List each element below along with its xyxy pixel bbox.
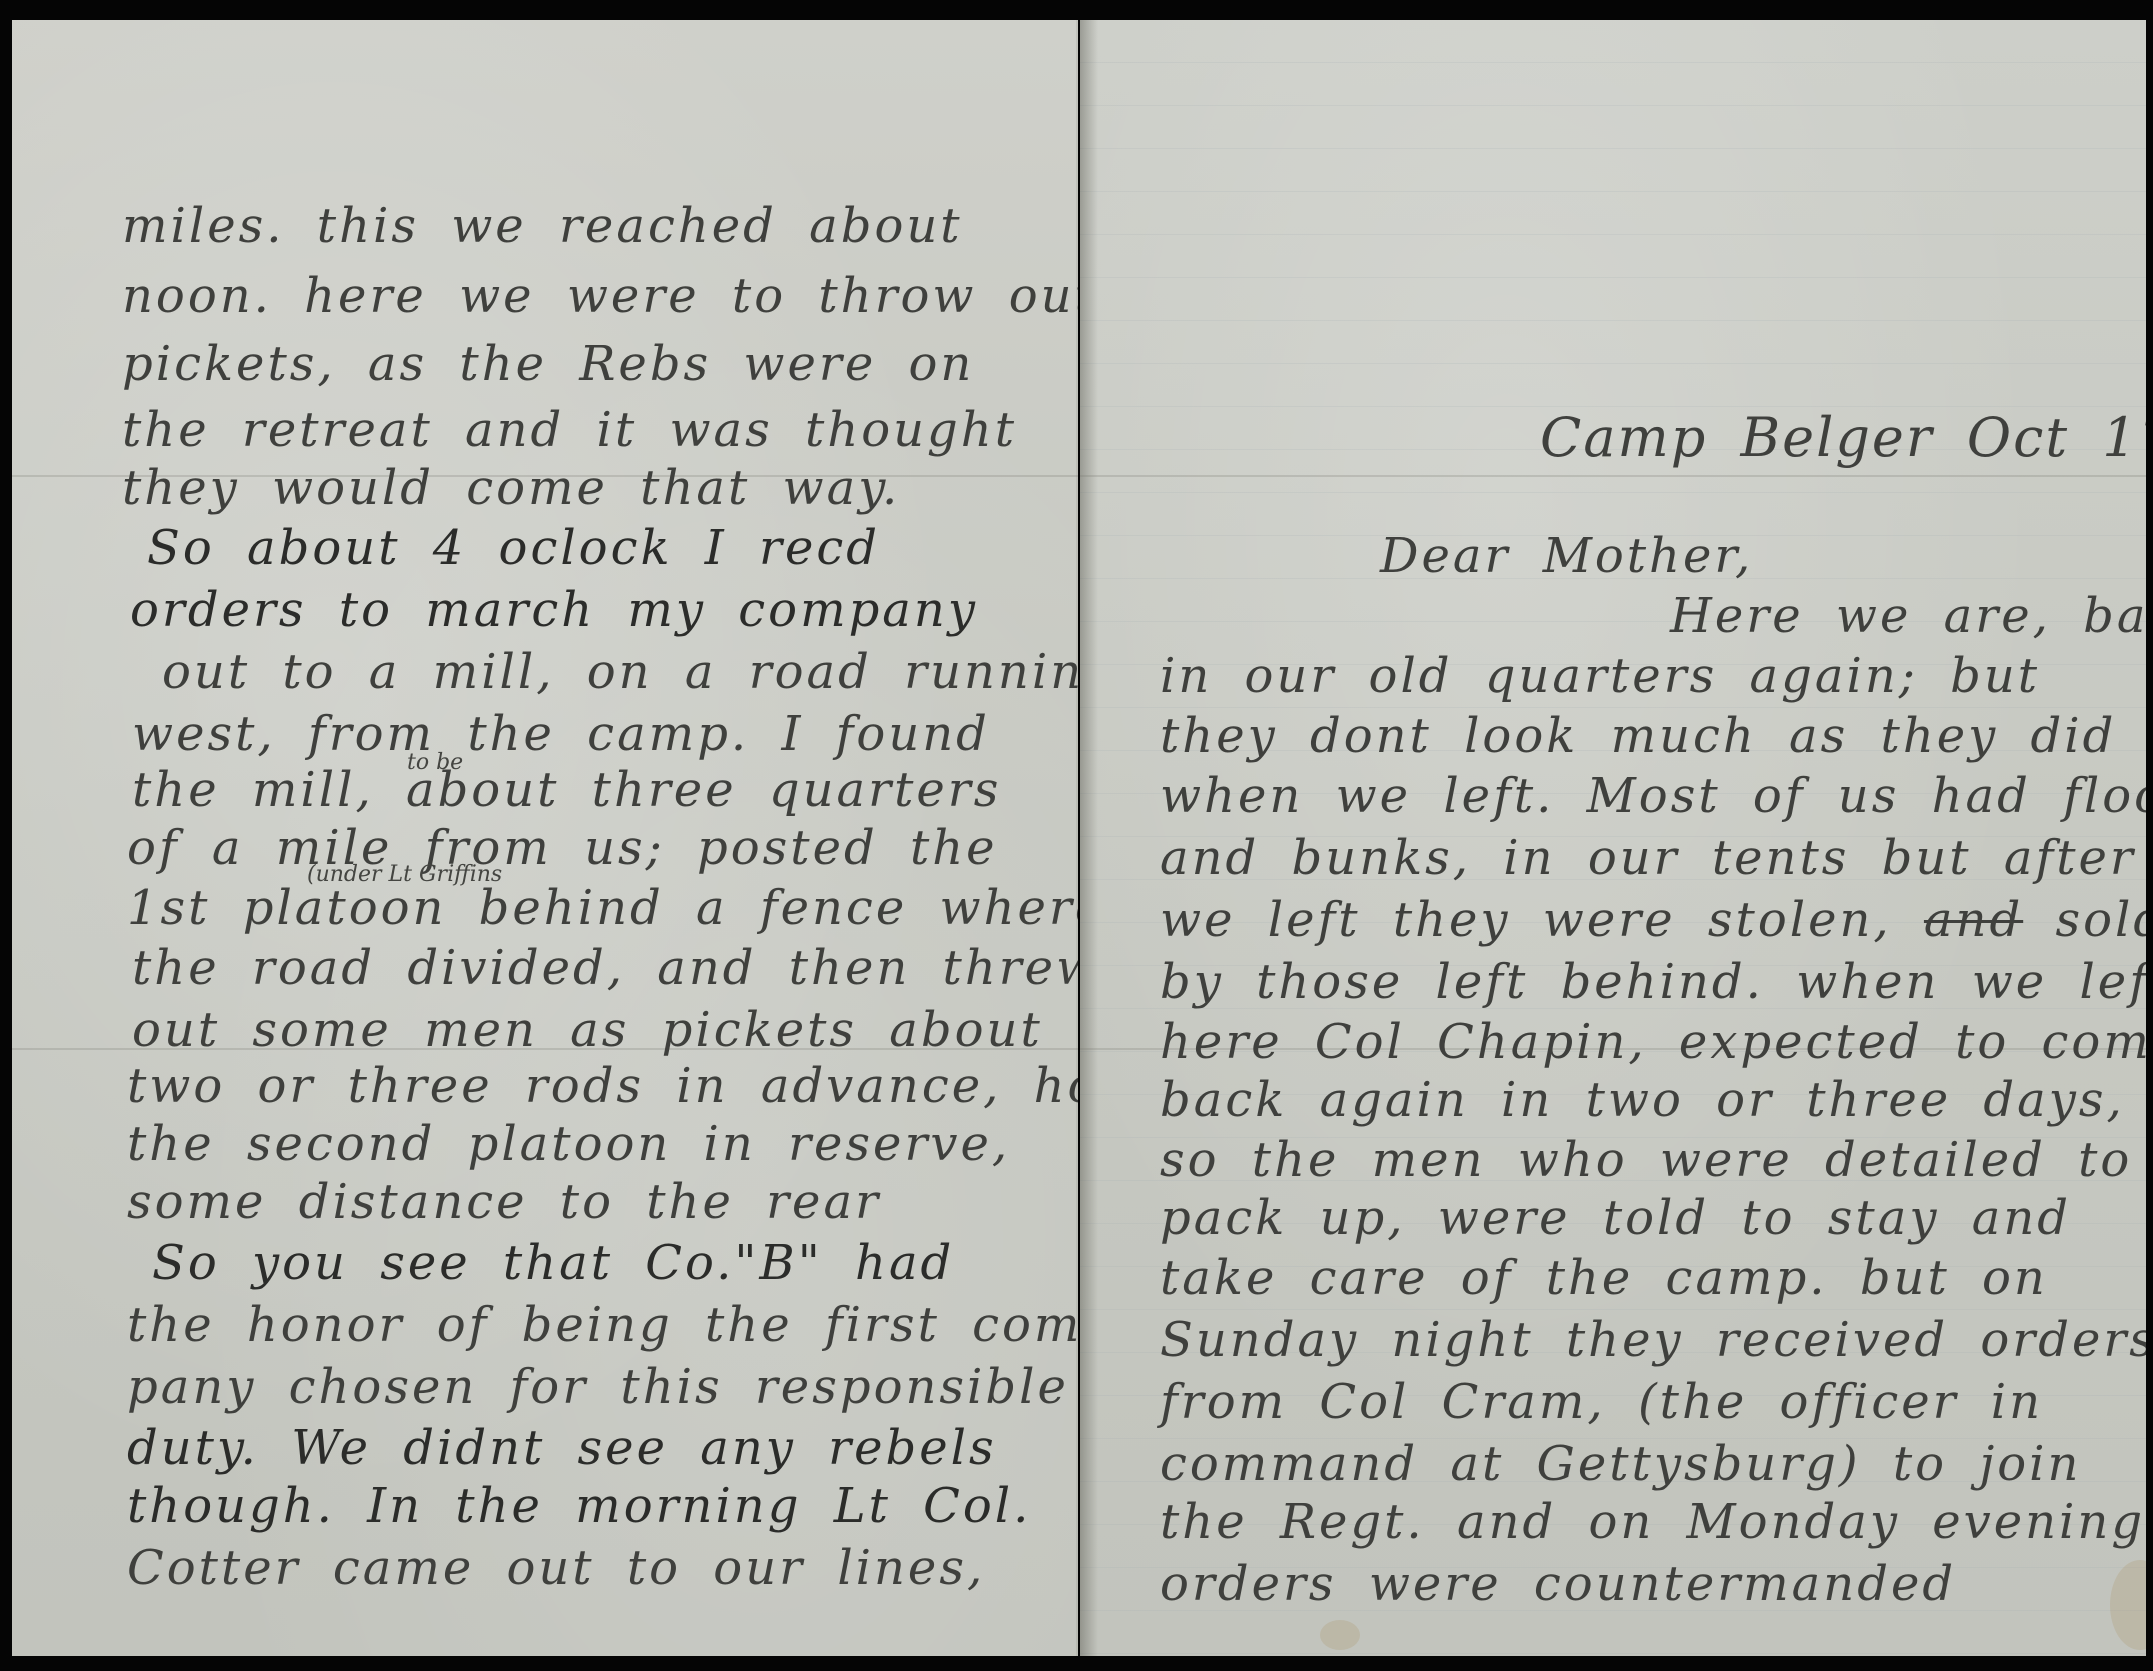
left-page: miles. this we reached about noon. here …	[12, 20, 1078, 1656]
text-line: when we left. Most of us had floors,	[1160, 768, 2146, 824]
heading-date: Oct 17	[1967, 406, 2146, 469]
text-line: here Col Chapin, expected to come	[1160, 1014, 2146, 1070]
text-line: they would come that way.	[122, 460, 900, 516]
text-line: duty. We didnt see any rebels	[127, 1420, 997, 1476]
text-line: the second platoon in reserve,	[127, 1116, 1010, 1172]
right-page: Camp Belger Oct 17th/62 Dear Mother, Her…	[1080, 20, 2146, 1656]
text-line: and bunks, in our tents but after	[1160, 830, 2136, 886]
text-line: Here we are, back	[1670, 588, 2146, 644]
text-line: in our old quarters again; but	[1160, 648, 2040, 704]
fold-crease	[1080, 475, 2146, 477]
text-line: by those left behind. when we left	[1160, 954, 2146, 1010]
text-line: orders were countermanded	[1160, 1556, 1956, 1612]
text-line: So you see that Co."B" had	[152, 1235, 954, 1291]
text-line: orders to march my company	[130, 582, 978, 638]
text-line: the road divided, and then threw	[132, 940, 1078, 996]
text-line: they dont look much as they did	[1160, 708, 2116, 764]
text-line: take care of the camp. but on	[1160, 1250, 2048, 1306]
text-line: out some men as pickets about	[132, 1002, 1043, 1058]
text-line: pack up, were told to stay and	[1160, 1190, 2071, 1246]
text-line: from Col Cram, (the officer in	[1160, 1374, 2043, 1430]
salutation: Dear Mother,	[1380, 528, 1753, 584]
text-line: Cotter came out to our lines,	[127, 1540, 985, 1596]
text-line: pickets, as the Rebs were on	[122, 336, 974, 392]
text-line: the Regt. and on Monday evening the	[1160, 1494, 2146, 1550]
text-line: though. In the morning Lt Col.	[127, 1478, 1031, 1534]
letter-heading: Camp Belger Oct 17th/62	[1540, 406, 2146, 469]
paper-stain	[2110, 1560, 2146, 1650]
text-line: of a mile from us; posted the	[127, 820, 998, 876]
text-line: Sunday night they received orders	[1160, 1312, 2146, 1368]
text-line: the mill, about three quarters	[132, 762, 1001, 818]
text-segment: we left they were stolen,	[1160, 892, 1924, 948]
text-line: pany chosen for this responsible	[127, 1359, 1069, 1415]
text-line: 1st platoon behind a fence where	[127, 880, 1078, 936]
text-line: noon. here we were to throw out	[122, 268, 1078, 324]
text-line: west, from the camp. I found	[132, 706, 990, 762]
struck-out-word: and	[1924, 892, 2023, 948]
paper-stain	[1320, 1620, 1360, 1650]
text-line: the retreat and it was thought	[122, 402, 1017, 458]
text-line: miles. this we reached about	[122, 198, 963, 254]
page-edge	[1076, 20, 1078, 1656]
text-line: back again in two or three days,	[1160, 1072, 2125, 1128]
text-line: So about 4 oclock I recd	[147, 520, 880, 576]
heading-place: Camp Belger	[1540, 406, 1934, 469]
scanned-letter: miles. this we reached about noon. here …	[0, 0, 2153, 1671]
text-line: so the men who were detailed to	[1160, 1132, 2132, 1188]
text-line: some distance to the rear	[127, 1174, 881, 1230]
text-segment: sold;	[2023, 892, 2146, 948]
text-line: two or three rods in advance, holding	[127, 1058, 1078, 1114]
text-line: we left they were stolen, and sold;	[1160, 892, 2146, 948]
text-line: the honor of being the first com-	[127, 1297, 1078, 1353]
text-line: out to a mill, on a road running	[162, 644, 1078, 700]
text-line: command at Gettysburg) to join	[1160, 1436, 2081, 1492]
